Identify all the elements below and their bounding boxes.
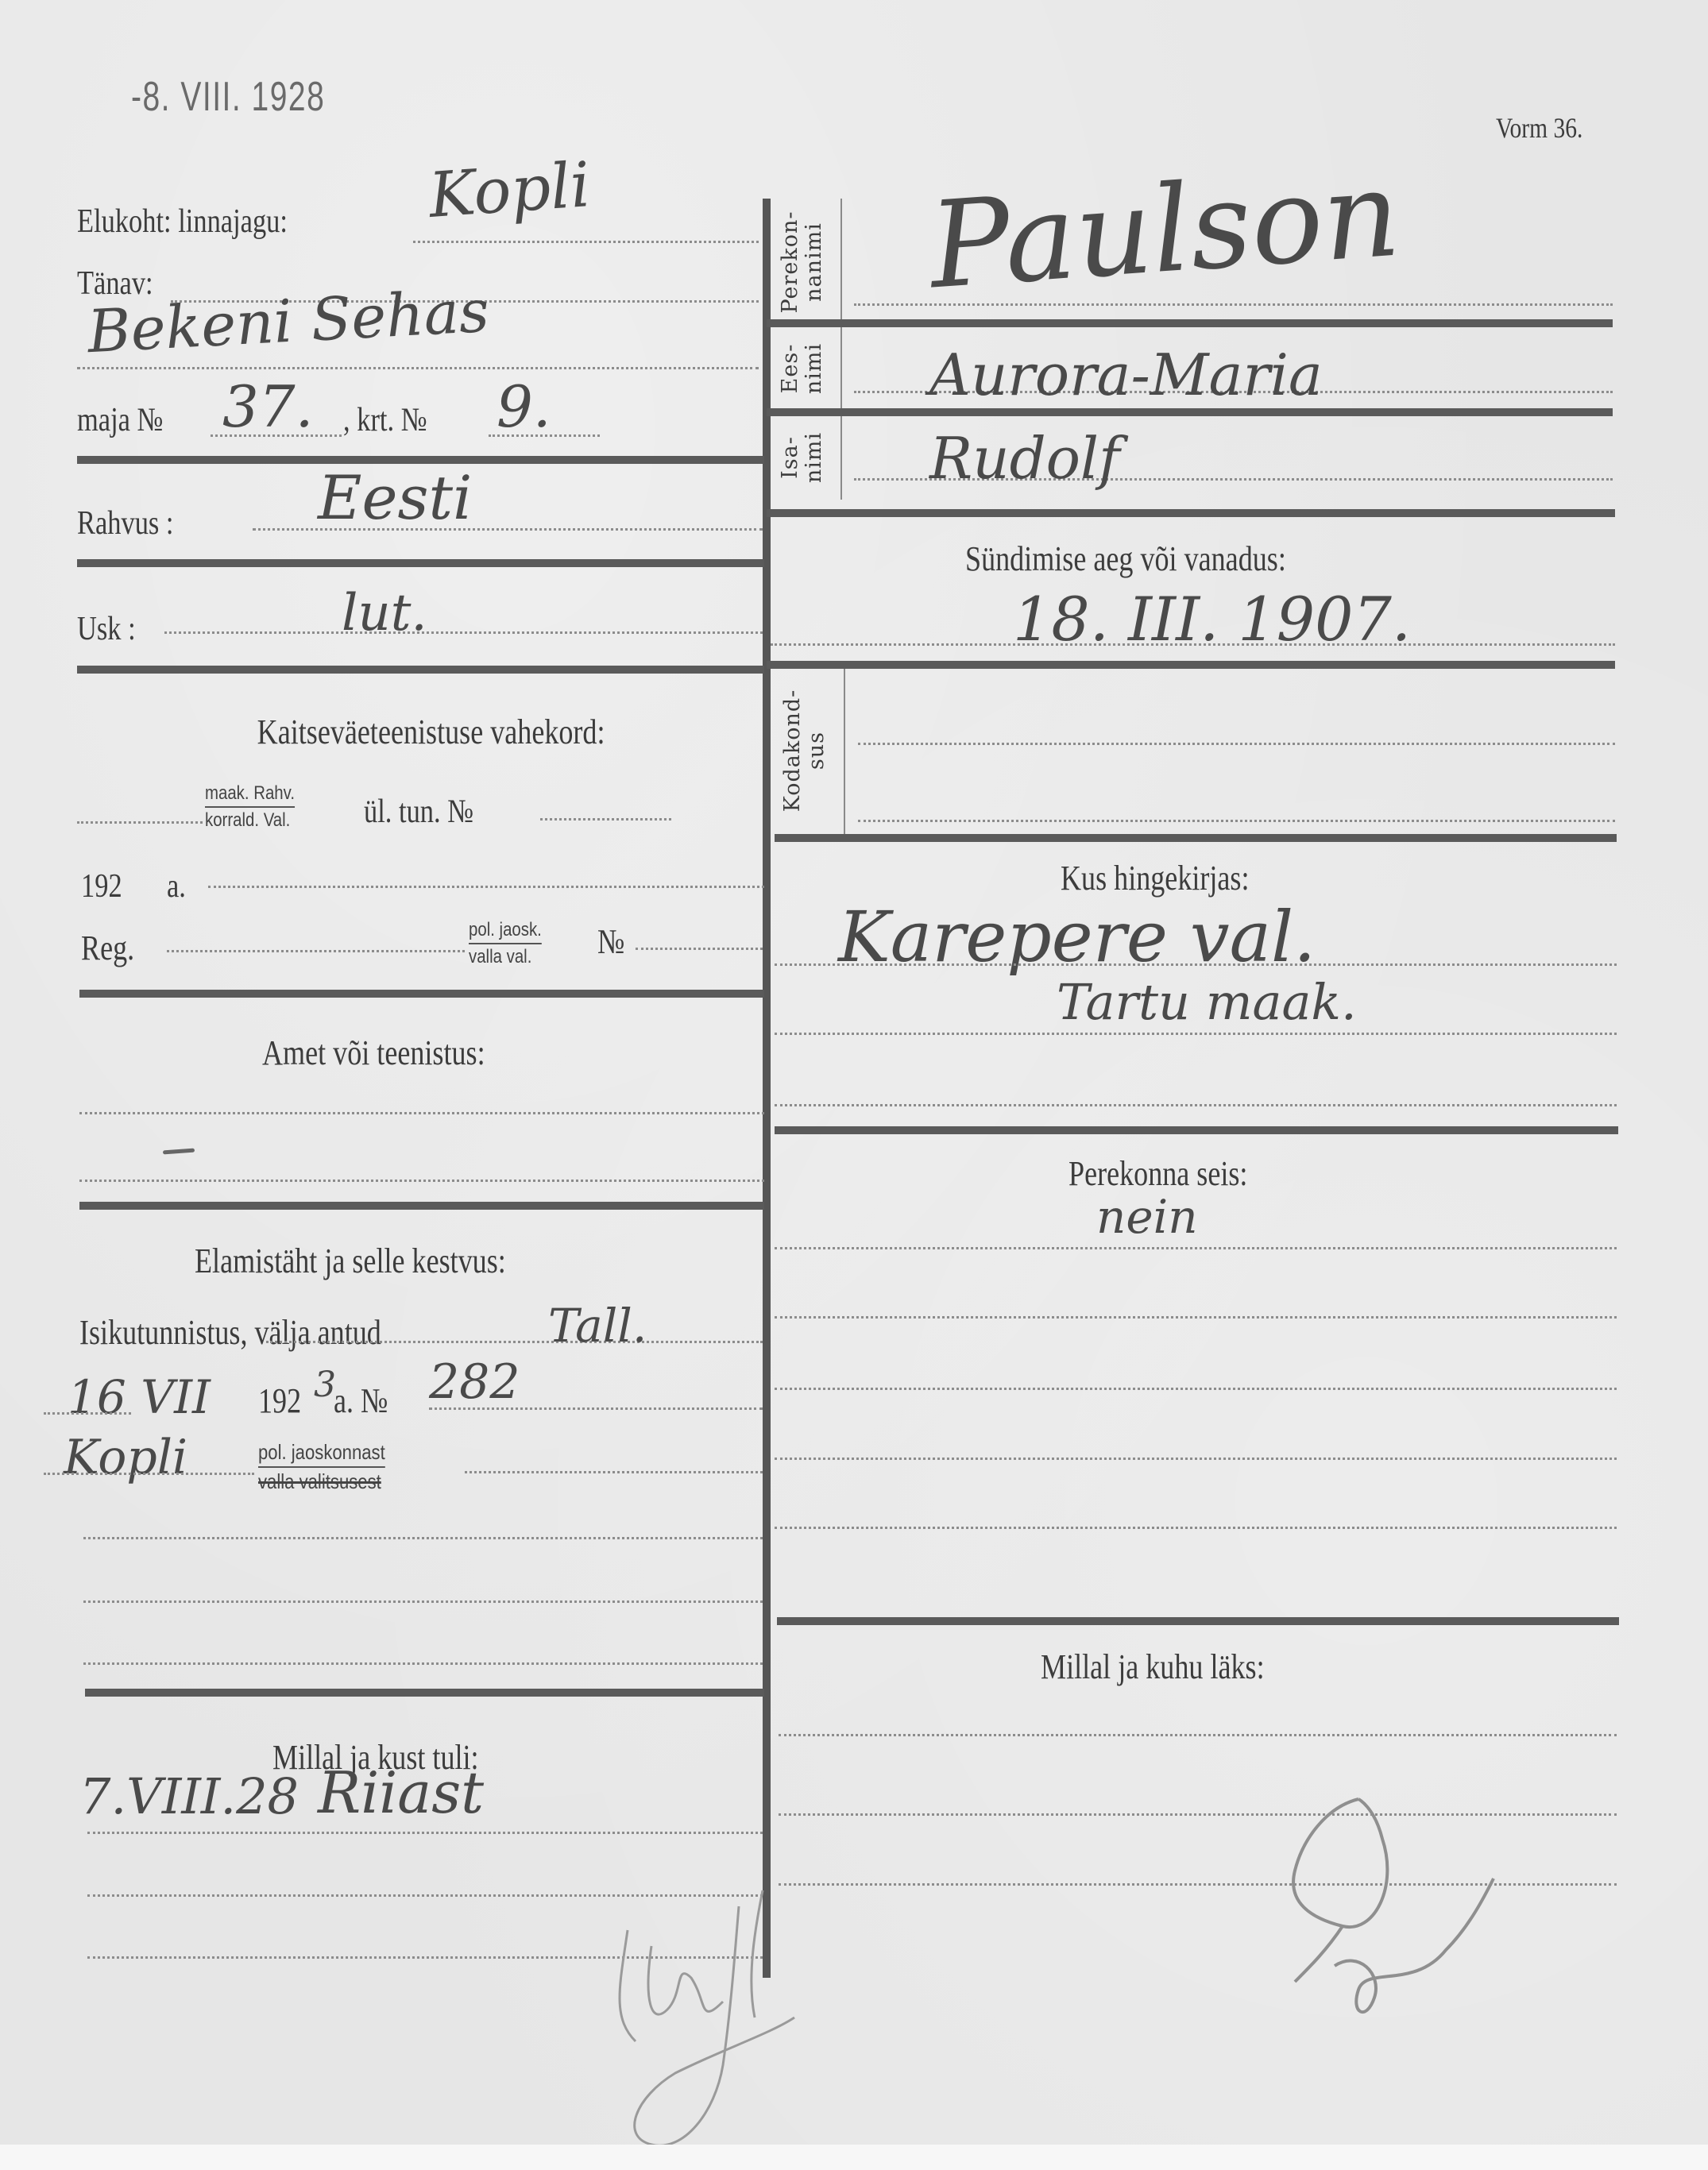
date-stamp: -8. VIII. 1928	[131, 73, 325, 121]
label-divider	[840, 199, 842, 330]
permit-line-3[interactable]	[83, 1662, 763, 1665]
rule	[79, 990, 764, 998]
marital-heading: Perekonna seis:	[1068, 1153, 1247, 1194]
rule	[767, 661, 1615, 669]
signature-right	[1239, 1791, 1525, 2061]
registry-value-2: Tartu maak.	[1057, 973, 1357, 1031]
birth-heading: Sündimise aeg või vanadus:	[965, 539, 1286, 579]
registry-heading: Kus hingekirjas:	[1061, 858, 1250, 898]
rule	[767, 319, 1613, 327]
ul-tun-label: ül. tun. №	[364, 793, 473, 831]
surname-value: Paulson	[925, 155, 1403, 307]
center-divider	[763, 199, 771, 1978]
residence-label: Elukoht: linnajagu:	[77, 203, 288, 241]
military-year-line[interactable]	[208, 886, 764, 888]
firstname-value: Aurora-Maria	[929, 342, 1323, 408]
residence-line[interactable]	[413, 241, 759, 243]
nationality-label: Rahvus :	[77, 504, 174, 542]
id-office-line-b[interactable]	[465, 1471, 763, 1473]
marital-line-3[interactable]	[775, 1388, 1617, 1390]
religion-line[interactable]	[164, 631, 763, 634]
citizenship-line-2[interactable]	[858, 820, 1615, 822]
citizenship-label: Kodakond- sus	[781, 679, 829, 822]
birth-value: 18. III. 1907.	[1013, 584, 1411, 654]
residence-value: Kopli	[427, 149, 593, 232]
id-year-digit: 3	[314, 1365, 336, 1405]
marital-line-5[interactable]	[775, 1527, 1617, 1529]
occupation-heading: Amet või teenistus:	[262, 1033, 485, 1073]
military-heading: Kaitseväeteenistuse vahekord:	[151, 712, 711, 752]
fathername-label: Isa- nimi	[779, 416, 826, 499]
rule	[85, 1689, 764, 1697]
registration-card: -8. VIII. 1928 Vorm 36. Elukoht: linnaja…	[0, 0, 1708, 2145]
year-suffix: a.	[167, 867, 186, 905]
arrival-from-value: Riiast	[318, 1759, 484, 1826]
rule	[79, 1202, 764, 1210]
id-date-value: 16 VII	[68, 1370, 211, 1424]
military-fraction-2: pol. jaosk. valla val.	[469, 919, 542, 968]
military-fraction-1: maak. Rahv. korrald. Val.	[205, 782, 295, 832]
marital-value: nein	[1096, 1190, 1198, 1244]
id-issued-label: Isikutunnistus, välja antud	[79, 1312, 381, 1353]
rule	[77, 559, 764, 567]
reg-line-a[interactable]	[167, 950, 465, 952]
id-office-value: Kopli	[64, 1430, 187, 1485]
label-divider	[840, 327, 842, 415]
apt-value: 9.	[497, 373, 551, 440]
id-issued-value: Tall.	[548, 1299, 647, 1353]
id-year-prefix: 192	[258, 1380, 301, 1421]
id-office-line[interactable]	[44, 1473, 254, 1475]
military-line-b[interactable]	[540, 818, 671, 821]
citizenship-line-1[interactable]	[858, 743, 1615, 745]
street-line-2[interactable]	[77, 367, 759, 369]
marital-line-2[interactable]	[775, 1316, 1617, 1319]
reg-no-label: №	[597, 921, 624, 962]
marital-line-4[interactable]	[775, 1458, 1617, 1460]
id-date-line[interactable]	[44, 1412, 131, 1415]
firstname-label: Ees- nimi	[779, 326, 826, 411]
surname-label: Perekon- nanimi	[779, 203, 826, 322]
rule	[775, 1126, 1618, 1134]
reg-label: Reg.	[81, 928, 134, 968]
permit-line-1[interactable]	[83, 1537, 763, 1539]
label-divider	[844, 669, 845, 840]
office-fraction: pol. jaoskonnast valla valitsusest	[258, 1440, 385, 1494]
permit-line-2[interactable]	[83, 1600, 763, 1603]
rule	[767, 408, 1613, 416]
religion-label: Usk :	[77, 610, 136, 648]
rule	[767, 509, 1615, 517]
apt-label: , krt. №	[343, 401, 427, 439]
rule	[77, 666, 764, 674]
religion-value: lut.	[342, 584, 427, 643]
page-bottom-edge	[0, 2145, 1708, 2170]
house-value: 37.	[222, 373, 314, 440]
departure-heading: Millal ja kuhu läks:	[1041, 1647, 1265, 1687]
registry-line-2[interactable]	[775, 1033, 1617, 1035]
reg-line-b[interactable]	[636, 948, 763, 950]
id-number-value: 282	[429, 1354, 520, 1410]
rule	[775, 834, 1617, 842]
permit-heading: Elamistäht ja selle kestvus:	[195, 1241, 506, 1281]
id-year-suffix: a. №	[334, 1380, 388, 1421]
occupation-value-dash	[163, 1149, 195, 1155]
marital-line-1[interactable]	[775, 1247, 1617, 1249]
military-line-a[interactable]	[77, 821, 203, 824]
year-label: 192	[81, 867, 122, 905]
departure-line-1[interactable]	[779, 1734, 1617, 1736]
registry-line-3[interactable]	[775, 1104, 1617, 1106]
rule	[777, 1617, 1619, 1625]
occupation-line-1[interactable]	[79, 1112, 764, 1114]
signature-left	[604, 1859, 906, 2168]
fathername-value: Rudolf	[929, 425, 1120, 492]
arrival-date-value: 7.VIII.28	[79, 1767, 299, 1825]
house-label: maja №	[77, 401, 163, 439]
occupation-line-2[interactable]	[79, 1180, 764, 1182]
registry-line-1[interactable]	[775, 963, 1617, 966]
nationality-value: Eesti	[318, 462, 472, 533]
id-issued-line[interactable]	[266, 1341, 763, 1343]
form-number: Vorm 36.	[1496, 111, 1582, 145]
arrival-line-1[interactable]	[87, 1832, 763, 1834]
label-divider	[840, 416, 842, 500]
